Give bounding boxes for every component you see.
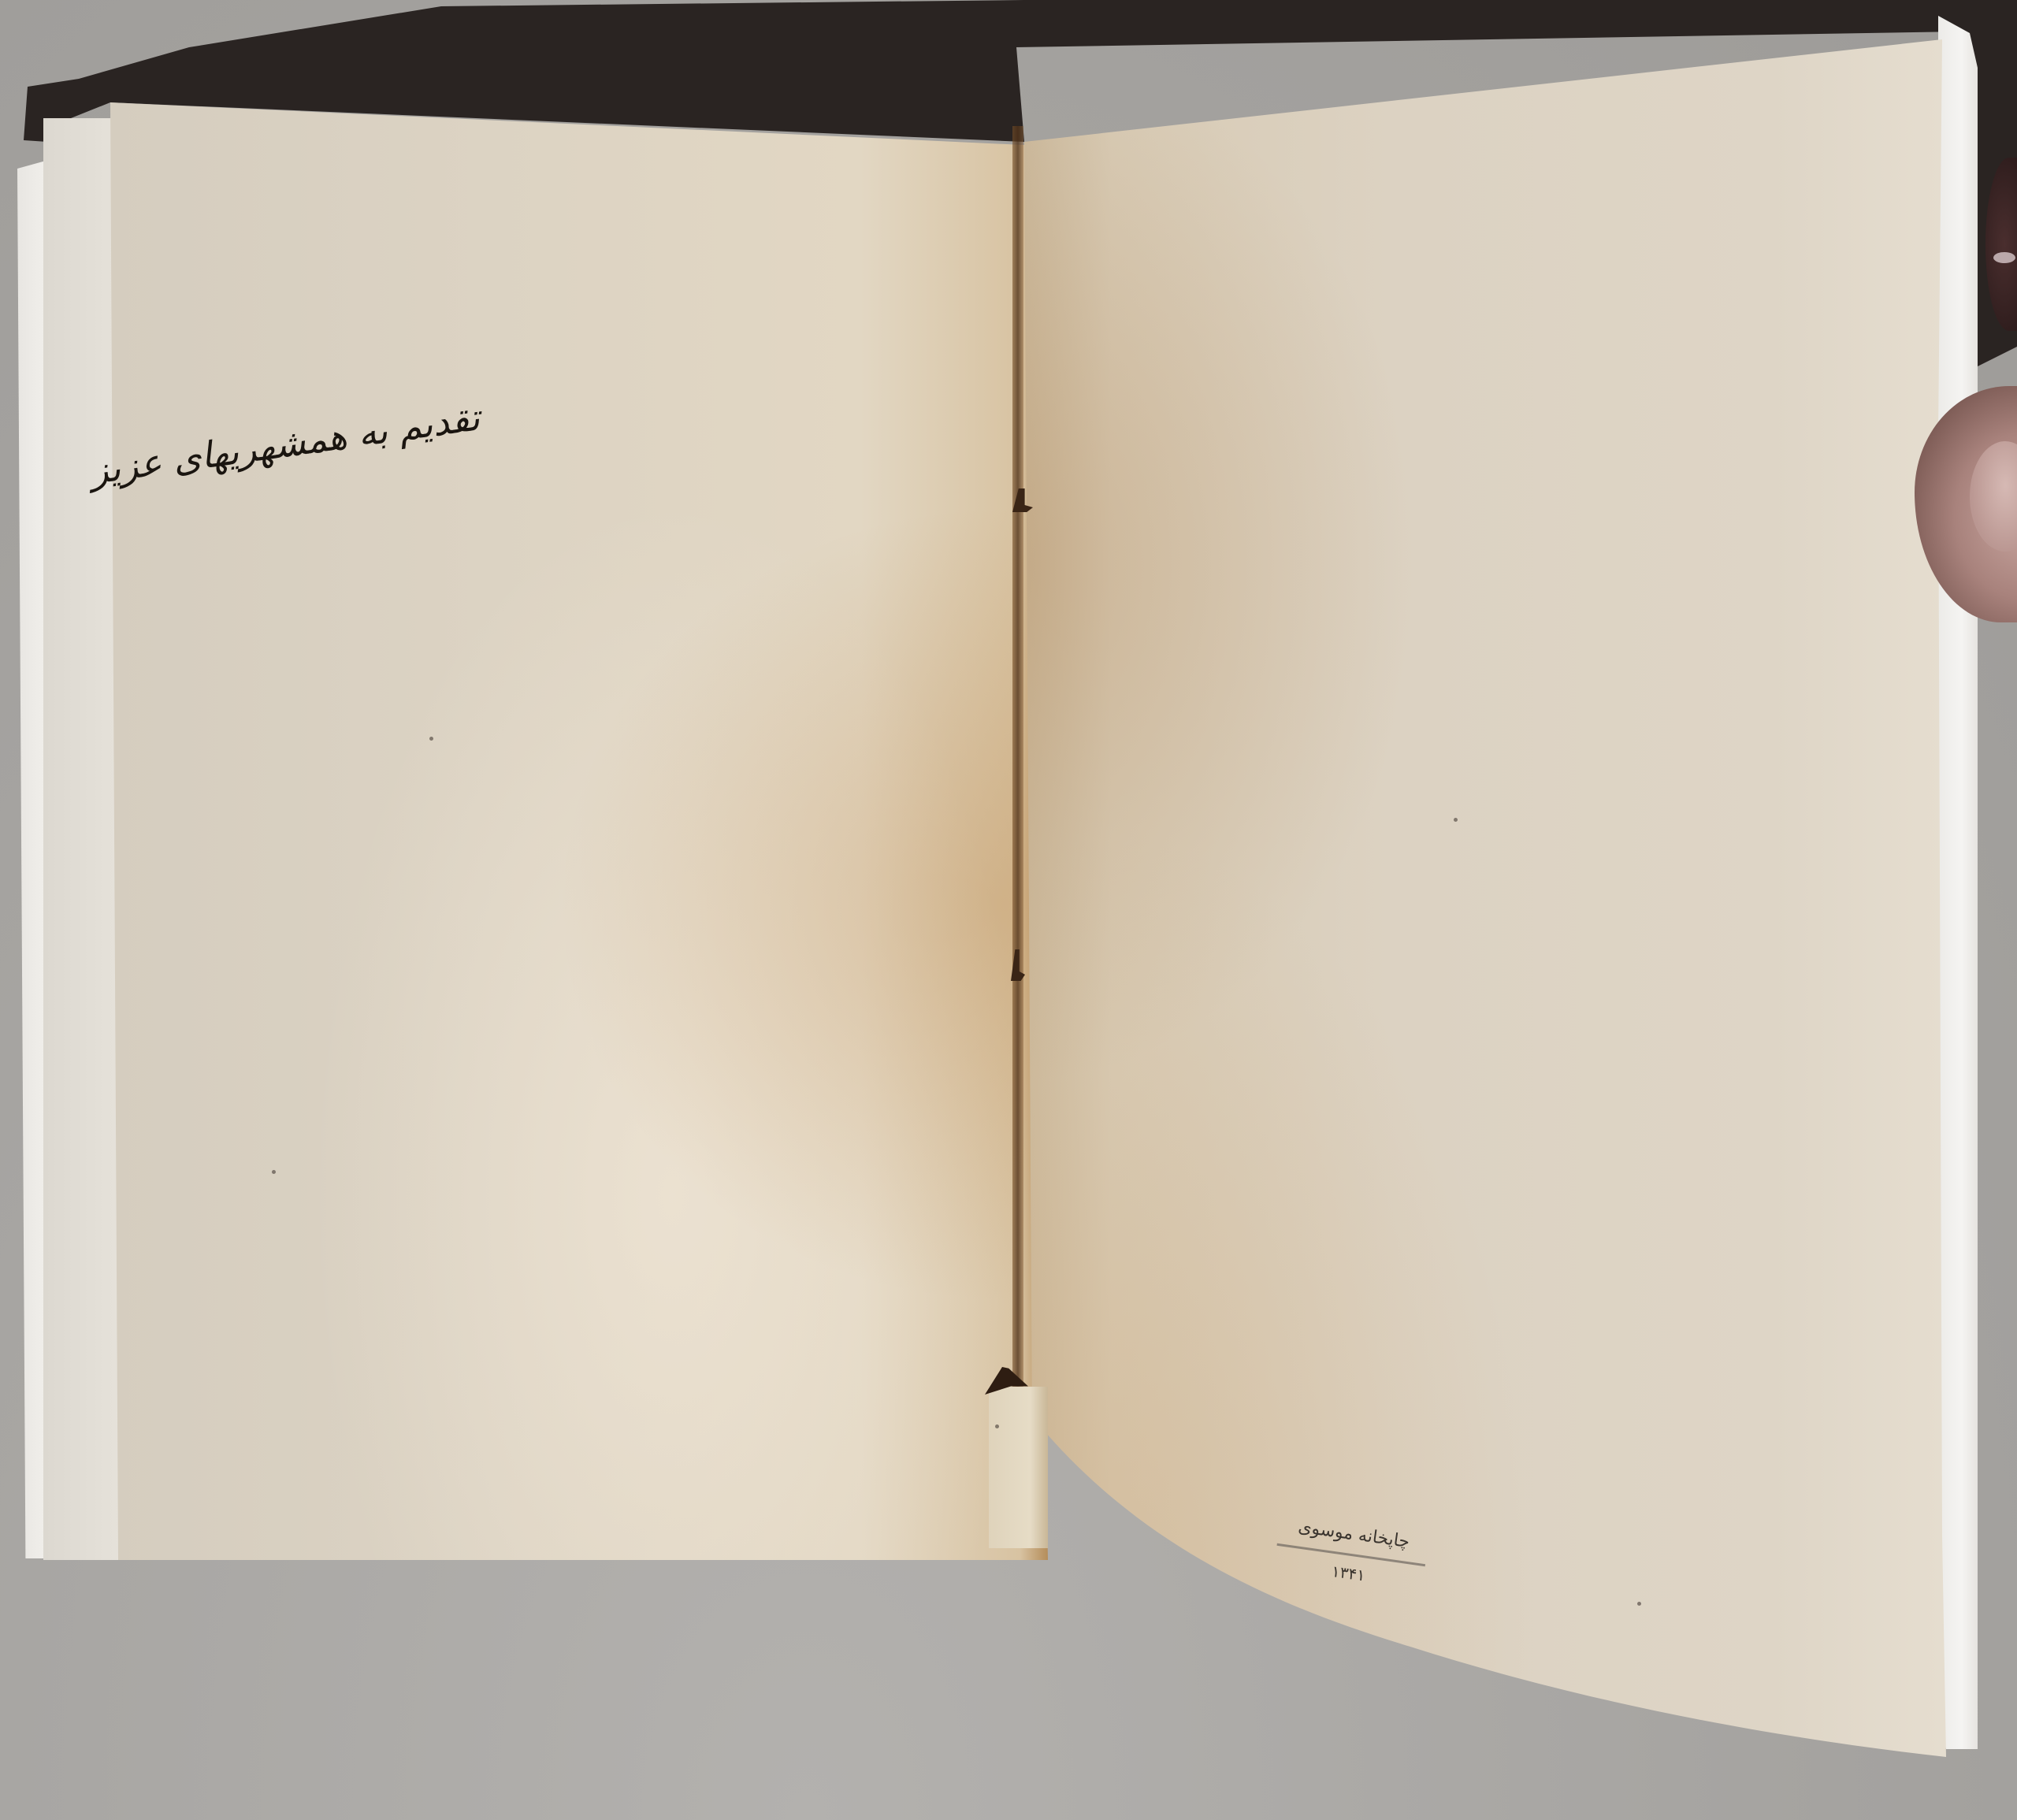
paper-speck bbox=[1454, 818, 1458, 822]
paper-speck bbox=[272, 1170, 276, 1174]
right-page bbox=[1016, 39, 1962, 1788]
left-inner-cover bbox=[43, 118, 122, 1560]
left-page bbox=[110, 102, 1048, 1560]
finger-highlight bbox=[1993, 252, 2015, 263]
book-gutter bbox=[1012, 126, 1023, 1387]
torn-page-flap bbox=[989, 1387, 1048, 1548]
paper-speck bbox=[995, 1424, 999, 1428]
paper-speck bbox=[1637, 1602, 1641, 1606]
right-page-edges bbox=[1938, 16, 1978, 1749]
paper-speck bbox=[429, 737, 433, 741]
